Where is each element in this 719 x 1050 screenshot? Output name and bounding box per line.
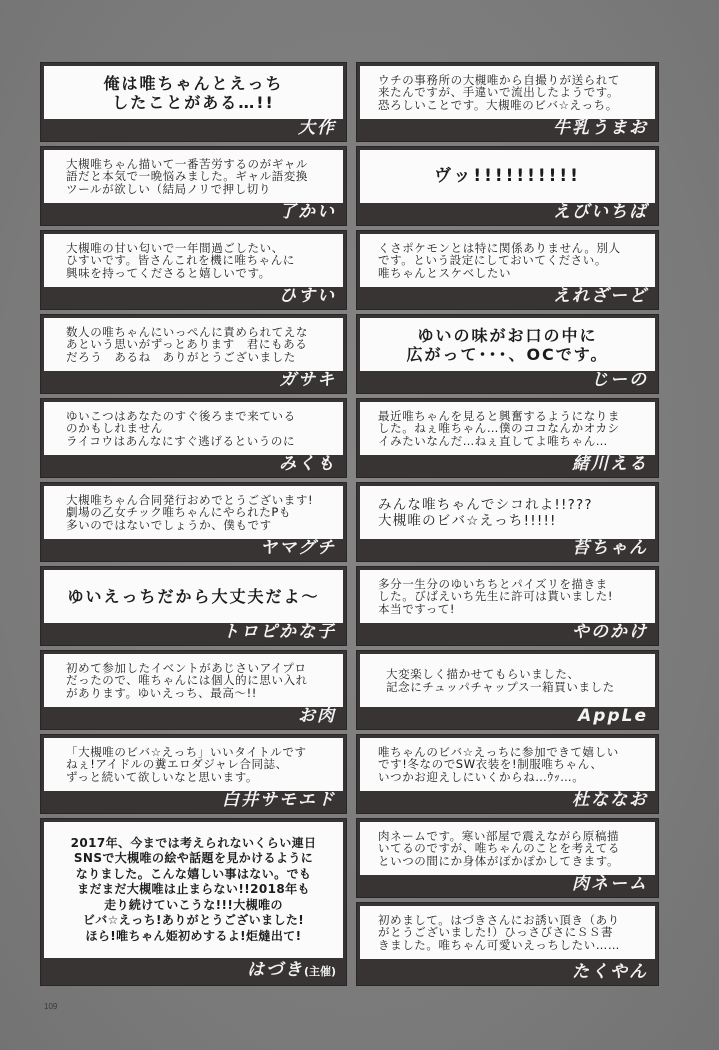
comment-card: 最近唯ちゃんを見ると興奮するようになりま した。ねぇ唯ちゃん…僕のココなんかオカ… (356, 398, 659, 478)
comment-message: 「大槻唯のビバ☆えっち」いいタイトルです ねぇ!アイドルの糞エロダジャレ合同誌、… (44, 738, 343, 791)
comment-author: 苔ちゃん (572, 537, 648, 559)
comment-author: ガサキ (279, 369, 336, 391)
comment-card: 唯ちゃんのビバ☆えっちに参加できて嬉しい です!冬なのでSW衣装を!制服唯ちゃん… (356, 734, 659, 814)
comment-message: 大槻唯ちゃん描いて一番苦労するのがギャル 語だと本気で一晩悩みました。ギャル語変… (44, 150, 343, 203)
comment-card: 肉ネームです。寒い部屋で震えながら原稿描 いてるのですが、唯ちゃんのことを考えて… (356, 818, 659, 898)
comment-author: えびいちば (553, 201, 648, 223)
comment-message: 数人の唯ちゃんにいっぺんに責められてえな あという思いがずっとあります 君にもあ… (44, 318, 343, 371)
comment-card: ゆいこつはあなたのすぐ後ろまで来ている のかもしれません ライコウはあんなにすぐ… (40, 398, 347, 478)
comment-card: 多分一生分のゆいちちとパイズリを描きま した。びばえいち先生に許可は貰いました!… (356, 566, 659, 646)
comment-message: 初めまして。はづきさんにお誘い頂き（あり がとうございました!）ひっさびさにＳＳ… (360, 906, 655, 959)
comment-author: えれざーど (553, 285, 648, 307)
comment-message: くさポケモンとは特に関係ありません。別人 です。という設定にしておいてください。… (360, 234, 655, 287)
comment-message: ゆいこつはあなたのすぐ後ろまで来ている のかもしれません ライコウはあんなにすぐ… (44, 402, 343, 455)
comment-author: ヤマグチ (260, 537, 336, 559)
comment-card: ゆいえっちだから大丈夫だよ～ トロピかな子 (40, 566, 347, 646)
comment-author: はづき(主催) (247, 959, 336, 983)
comment-card: 大槻唯ちゃん合同発行おめでとうございます! 劇場の乙女チック唯ちゃんにやられたP… (40, 482, 347, 562)
comment-message: 唯ちゃんのビバ☆えっちに参加できて嬉しい です!冬なのでSW衣装を!制服唯ちゃん… (360, 738, 655, 791)
comment-author: 杜ななお (572, 789, 648, 811)
page-number: 109 (44, 1002, 57, 1011)
comment-message: みんな唯ちゃんでシコれよ!!??? 大槻唯のビバ☆えっち!!!!! (360, 486, 655, 539)
comment-card: 大槻唯ちゃん描いて一番苦労するのがギャル 語だと本気で一晩悩みました。ギャル語変… (40, 146, 347, 226)
comment-author: AppLe (578, 705, 648, 727)
comment-author: やのかけ (572, 621, 648, 643)
comment-message: 大変楽しく描かせてもらいました、 記念にチュッパチャップス一箱買いました (360, 654, 655, 707)
comment-message: ゆいえっちだから大丈夫だよ～ (44, 570, 343, 623)
comment-message: 大槻唯ちゃん合同発行おめでとうございます! 劇場の乙女チック唯ちゃんにやられたP… (44, 486, 343, 539)
comment-card: 「大槻唯のビバ☆えっち」いいタイトルです ねぇ!アイドルの糞エロダジャレ合同誌、… (40, 734, 347, 814)
comment-author: 牛乳うまお (553, 117, 648, 139)
comment-card: みんな唯ちゃんでシコれよ!!??? 大槻唯のビバ☆えっち!!!!! 苔ちゃん (356, 482, 659, 562)
comment-card: ゆいの味がお口の中に 広がって･･･、OCです。 じーの (356, 314, 659, 394)
comment-author: お肉 (298, 705, 336, 727)
comment-author: トロピかな子 (222, 621, 336, 643)
comment-card: ウチの事務所の大槻唯から自撮りが送られて 来たんですが、手違いで流出したようです… (356, 62, 659, 142)
comment-card: 初めまして。はづきさんにお誘い頂き（あり がとうございました!）ひっさびさにＳＳ… (356, 902, 659, 986)
comment-message: ウチの事務所の大槻唯から自撮りが送られて 来たんですが、手違いで流出したようです… (360, 66, 655, 119)
comment-author: ひすい (279, 285, 336, 307)
comment-author: じーの (591, 369, 648, 391)
comment-message: 2017年、今までは考えられないくらい連日 SNSで大槻唯の絵や話題を見かけるよ… (44, 822, 343, 958)
comment-card: 大変楽しく描かせてもらいました、 記念にチュッパチャップス一箱買いました App… (356, 650, 659, 730)
comment-author: 肉ネーム (572, 873, 648, 895)
comment-author: 白井サモエド (222, 789, 336, 811)
comment-author: たくやん (572, 961, 648, 983)
comment-message: 多分一生分のゆいちちとパイズリを描きま した。びばえいち先生に許可は貰いました!… (360, 570, 655, 623)
comment-card: 数人の唯ちゃんにいっぺんに責められてえな あという思いがずっとあります 君にもあ… (40, 314, 347, 394)
comment-card: ヴッ!!!!!!!!!! えびいちば (356, 146, 659, 226)
page: 俺は唯ちゃんとえっち したことがある…!! 大作 大槻唯ちゃん描いて一番苦労する… (0, 0, 719, 1050)
comment-author: 了かい (279, 201, 336, 223)
comment-author: みくも (279, 453, 336, 475)
comment-author-note: (主催) (304, 965, 336, 978)
comment-message: ヴッ!!!!!!!!!! (360, 150, 655, 203)
comment-message: 最近唯ちゃんを見ると興奮するようになりま した。ねぇ唯ちゃん…僕のココなんかオカ… (360, 402, 655, 455)
comment-card: 大槻唯の甘い匂いで一年間過ごしたい、 ひすいです。皆さんこれを機に唯ちゃんに 興… (40, 230, 347, 310)
comment-author: 大作 (298, 117, 336, 139)
comment-card: 2017年、今までは考えられないくらい連日 SNSで大槻唯の絵や話題を見かけるよ… (40, 818, 347, 986)
comment-card: 初めて参加したイベントがあじさいアイプロ だったので、唯ちゃんには個人的に思い入… (40, 650, 347, 730)
comment-message: 大槻唯の甘い匂いで一年間過ごしたい、 ひすいです。皆さんこれを機に唯ちゃんに 興… (44, 234, 343, 287)
comment-author-name: はづき (247, 960, 304, 980)
comment-message: 俺は唯ちゃんとえっち したことがある…!! (44, 66, 343, 119)
comment-author: 緒川える (572, 453, 648, 475)
comment-message: 初めて参加したイベントがあじさいアイプロ だったので、唯ちゃんには個人的に思い入… (44, 654, 343, 707)
comment-message: ゆいの味がお口の中に 広がって･･･、OCです。 (360, 318, 655, 371)
comment-message: 肉ネームです。寒い部屋で震えながら原稿描 いてるのですが、唯ちゃんのことを考えて… (360, 822, 655, 875)
comment-card: 俺は唯ちゃんとえっち したことがある…!! 大作 (40, 62, 347, 142)
comment-card: くさポケモンとは特に関係ありません。別人 です。という設定にしておいてください。… (356, 230, 659, 310)
